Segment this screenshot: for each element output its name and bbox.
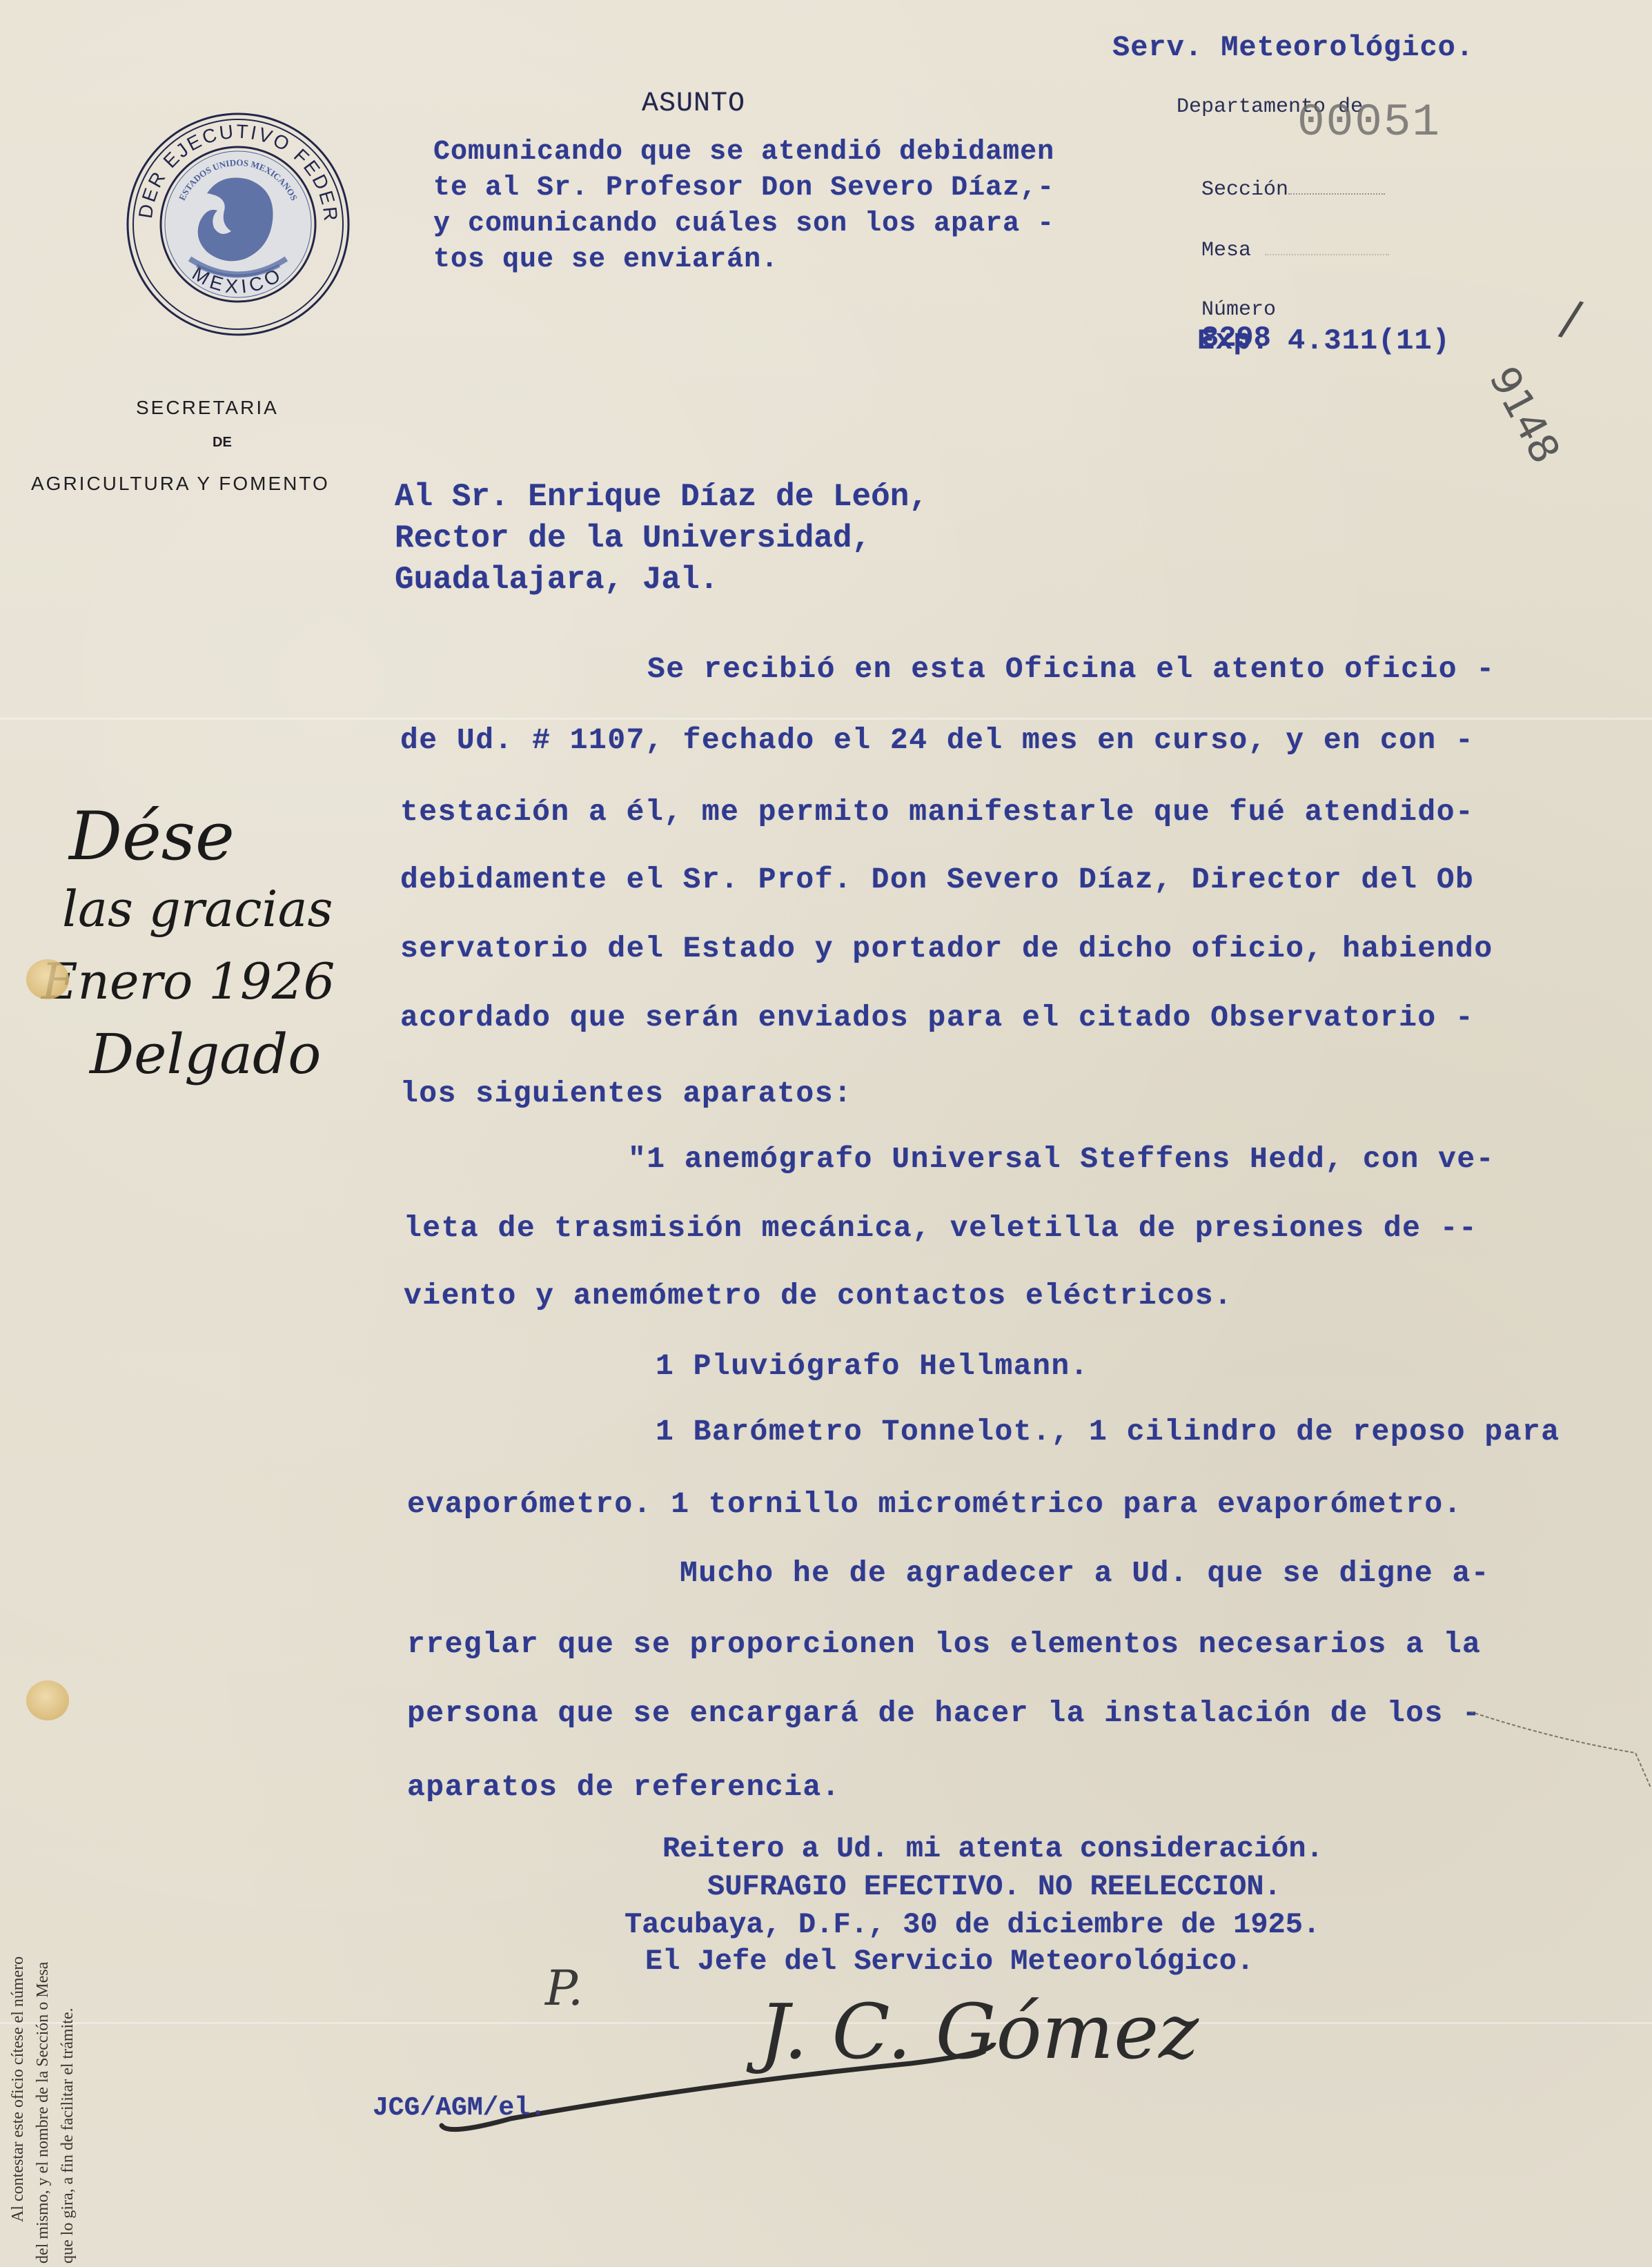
expediente: Exp. 4.311(11) — [1197, 324, 1451, 357]
body-line: Mucho he de agradecer a Ud. que se digne… — [680, 1556, 1490, 1590]
mesa-blank — [1265, 254, 1389, 255]
closing-place-date: Tacubaya, D.F., 30 de diciembre de 1925. — [625, 1908, 1320, 1941]
side-instruction-line: del mismo, y el nombre de la Sección o M… — [30, 1698, 55, 2264]
margin-note-line: las gracias — [62, 873, 335, 945]
margin-note-line: Delgado — [90, 1018, 335, 1090]
ministry-name-line3: AGRICULTURA Y FOMENTO — [31, 473, 330, 495]
typist-initials: JCG/AGM/el. — [373, 2093, 546, 2123]
margin-note-line: Dése — [69, 801, 335, 873]
ministry-name-line2: DE — [213, 435, 232, 451]
body-line: acordado que serán enviados para el cita… — [400, 1001, 1474, 1034]
seccion-label: Sección — [1201, 178, 1288, 202]
subject-line: y comunicando cuáles son los apara - — [433, 206, 1054, 242]
numero-label: Número — [1201, 298, 1276, 322]
margin-note-line: Enero 1926 — [41, 945, 335, 1018]
item-line: 1 Pluviógrafo Hellmann. — [656, 1349, 1089, 1383]
seccion-field: Sección — [1177, 155, 1385, 202]
margin-note: Dése las gracias Enero 1926 Delgado — [28, 801, 335, 1090]
body-line: aparatos de referencia. — [407, 1770, 840, 1804]
service-name: Serv. Meteorológico. — [1112, 31, 1474, 64]
subject-block: Comunicando que se atendió debidamen te … — [433, 135, 1054, 278]
body-line: debidamente el Sr. Prof. Don Severo Díaz… — [400, 863, 1474, 896]
subject-line: te al Sr. Profesor Don Severo Díaz,- — [433, 170, 1054, 206]
body-line: los siguientes aparatos: — [400, 1077, 852, 1110]
signature-prefix: P. — [545, 1960, 583, 2016]
side-instruction-line: Al contestar este oficio cítese el númer… — [6, 1698, 30, 2264]
addressee-line: Rector de la Universidad, — [395, 518, 928, 559]
item-line: 1 Barómetro Tonnelot., 1 cilindro de rep… — [656, 1415, 1560, 1449]
body-line: Se recibió en esta Oficina el atento ofi… — [647, 652, 1495, 686]
body-line: testación a él, me permito manifestarle … — [400, 795, 1474, 829]
item-line: evaporómetro. 1 tornillo micrométrico pa… — [407, 1487, 1462, 1521]
subject-line: tos que se enviarán. — [433, 242, 1054, 278]
subject-line: Comunicando que se atendió debidamen — [433, 135, 1054, 170]
closing-motto: SUFRAGIO EFECTIVO. NO REELECCION. — [707, 1870, 1281, 1903]
addressee-block: Al Sr. Enrique Díaz de León, Rector de l… — [395, 476, 928, 600]
closing-signer-title: El Jefe del Servicio Meteorológico. — [645, 1945, 1254, 1978]
mesa-field: Mesa — [1177, 215, 1389, 262]
signature-underline-icon — [428, 2043, 1256, 2139]
seccion-blank — [1288, 193, 1385, 195]
addressee-line: Guadalajara, Jal. — [395, 559, 928, 600]
side-instruction-line: que lo gira, a fin de facilitar el trámi… — [55, 1698, 80, 2264]
side-instruction: Al contestar este oficio cítese el númer… — [6, 1698, 80, 2264]
paper-fold — [0, 718, 1652, 720]
item-line: "1 anemógrafo Universal Steffens Hedd, c… — [628, 1142, 1495, 1176]
closing-courtesy: Reitero a Ud. mi atenta consideración. — [662, 1832, 1324, 1865]
stamp-number: 00051 — [1297, 97, 1441, 148]
body-line: persona que se encargará de hacer la ins… — [407, 1696, 1481, 1730]
body-line: rreglar que se proporcionen los elemento… — [407, 1627, 1481, 1661]
ministry-name-line1: SECRETARIA — [136, 397, 279, 419]
body-line: servatorio del Estado y portador de dich… — [400, 932, 1493, 965]
mexican-eagle-seal-icon: PODER EJECUTIVO FEDERAL ESTADOS UNIDOS M… — [124, 110, 352, 338]
federal-seal: PODER EJECUTIVO FEDERAL ESTADOS UNIDOS M… — [124, 110, 352, 338]
handwritten-file-number: 9148 — [1480, 359, 1569, 471]
addressee-line: Al Sr. Enrique Díaz de León, — [395, 476, 928, 518]
item-line: viento y anemómetro de contactos eléctri… — [404, 1279, 1232, 1313]
mesa-label: Mesa — [1201, 239, 1251, 262]
handwritten-slash: / — [1556, 288, 1586, 347]
paper-crease — [1470, 1711, 1652, 1794]
subject-label: ASUNTO — [642, 88, 745, 119]
body-line: de Ud. # 1107, fechado el 24 del mes en … — [400, 723, 1474, 757]
pin-mark — [26, 959, 69, 999]
item-line: leta de trasmisión mecánica, veletilla d… — [404, 1211, 1477, 1245]
